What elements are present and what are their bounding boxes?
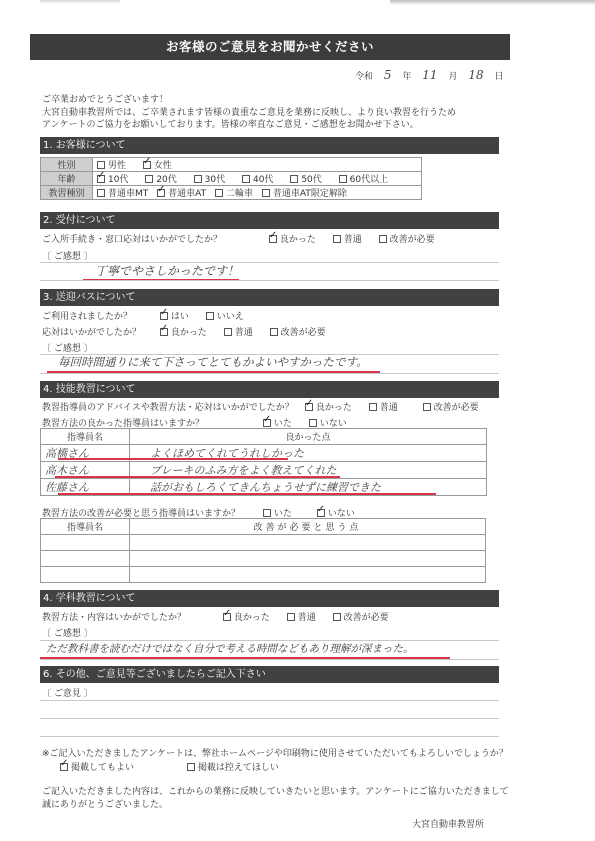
practical-option[interactable]: 改善が必要	[423, 400, 479, 413]
intro-line: アンケートのご協力をお願いしております。皆様の率直なご意見・ご感想をお聞かせ下さ…	[42, 119, 456, 132]
section-6-header: 6. その他、ご意見等ございましたらご記入下さい	[40, 666, 499, 683]
bus-service-option[interactable]: 良かった	[160, 325, 207, 338]
age-option[interactable]: 60代以上	[339, 172, 388, 185]
age-option[interactable]: 50代	[290, 172, 321, 185]
date-era: 令和	[355, 69, 373, 82]
age-option[interactable]: 10代	[97, 172, 128, 185]
checkbox-icon[interactable]	[242, 175, 250, 183]
checkbox-checked-icon[interactable]	[305, 403, 313, 411]
comment-line[interactable]	[40, 736, 499, 737]
checkbox-icon[interactable]	[145, 175, 153, 183]
date-year[interactable]: 5	[384, 68, 392, 82]
practical-question-row: 教習指導員のアドバイスや教習方法・応対はいかがでしたか？ 良かった 普通 改善が…	[42, 400, 493, 413]
reception-comment[interactable]: 丁寧でやさしかったです！	[95, 262, 239, 279]
checkbox-checked-icon[interactable]	[143, 161, 151, 169]
checkbox-icon[interactable]	[97, 161, 105, 169]
course-row: 教習種別 普通車MT 普通車AT 二輪車 普通車AT限定解除	[41, 186, 422, 200]
checkbox-checked-icon[interactable]	[97, 175, 105, 183]
bus-use-question-row: ご利用されましたか？ はい いいえ	[42, 309, 258, 322]
reception-option[interactable]: 良かった	[269, 232, 316, 245]
course-option[interactable]: 二輪車	[215, 186, 253, 199]
checkbox-icon[interactable]	[423, 403, 431, 411]
academic-question: 教習方法・内容はいかがでしたか？	[42, 610, 220, 623]
section-5-header: 4. 学科教習について	[40, 590, 499, 607]
checkbox-checked-icon[interactable]	[317, 509, 325, 517]
table-header-row: 指導員名 良かった点	[41, 429, 487, 445]
scan-shadow	[40, 0, 120, 4]
table-row	[41, 567, 486, 583]
checkbox-icon[interactable]	[215, 189, 223, 197]
date-line: 令和 5 年 11 月 18 日	[355, 68, 504, 82]
checkbox-icon[interactable]	[287, 613, 295, 621]
consent-allow-option[interactable]: 掲載してもよい	[60, 760, 134, 773]
comment-line[interactable]	[40, 718, 499, 719]
checkbox-checked-icon[interactable]	[263, 419, 271, 427]
improvement-points-header: 改善が必要と思う点	[130, 519, 486, 535]
comment-label: 〔 ご意見 〕	[42, 686, 93, 699]
checkbox-icon[interactable]	[333, 613, 341, 621]
date-year-unit: 年	[402, 69, 411, 82]
improvement-point[interactable]	[130, 567, 486, 583]
closing-line: 誠にありがとうございました。	[42, 797, 168, 810]
checkbox-checked-icon[interactable]	[160, 312, 168, 320]
academic-question-row: 教習方法・内容はいかがでしたか？ 良かった 普通 改善が必要	[42, 610, 403, 623]
date-day[interactable]: 18	[468, 68, 483, 82]
signature: 大宮自動車教習所	[412, 817, 484, 830]
bus-service-option[interactable]: 普通	[224, 325, 253, 338]
checkbox-icon[interactable]	[97, 189, 105, 197]
bus-use-question: ご利用されましたか？	[42, 309, 157, 322]
checkbox-icon[interactable]	[333, 235, 341, 243]
section-2-header: 2. 受付について	[40, 212, 499, 229]
practical-question: 教習指導員のアドバイスや教習方法・応対はいかがでしたか？	[42, 400, 302, 413]
improvement-point[interactable]	[130, 551, 486, 567]
instructor-name[interactable]	[41, 551, 130, 567]
table-row	[41, 535, 486, 551]
date-day-unit: 日	[495, 69, 504, 82]
gender-label: 性別	[41, 158, 93, 172]
reception-question: ご入所手続き・窓口応対はいかがでしたか？	[42, 232, 266, 245]
section-1-header: 1. お客様について	[40, 137, 499, 154]
age-option[interactable]: 30代	[194, 172, 225, 185]
highlight-underline	[58, 458, 288, 460]
course-option[interactable]: 普通車AT	[157, 186, 206, 199]
improve-instructor-table: 指導員名 改善が必要と思う点	[40, 518, 486, 583]
comment-line[interactable]	[40, 700, 499, 701]
bus-use-option[interactable]: いいえ	[206, 309, 244, 322]
comment-line	[40, 280, 499, 281]
reception-question-row: ご入所手続き・窓口応対はいかがでしたか？ 良かった 普通 改善が必要	[42, 232, 449, 245]
checkbox-icon[interactable]	[224, 328, 232, 336]
checkbox-checked-icon[interactable]	[269, 235, 277, 243]
bus-service-question: 応対はいかがでしたか？	[42, 325, 157, 338]
table-row	[41, 551, 486, 567]
checkbox-icon[interactable]	[263, 509, 271, 517]
consent-question: ※ご記入いただきましたアンケートは、弊社ホームページや印刷物に使用させていただい…	[42, 746, 508, 759]
bus-service-question-row: 応対はいかがでしたか？ 良かった 普通 改善が必要	[42, 325, 340, 338]
checkbox-icon[interactable]	[290, 175, 298, 183]
checkbox-icon[interactable]	[187, 763, 195, 771]
practical-option[interactable]: 普通	[369, 400, 398, 413]
age-row: 年齢 10代 20代 30代 40代 50代 60代以上	[41, 172, 422, 186]
intro-line: ご卒業おめでとうございます！	[42, 94, 456, 107]
gender-female-option[interactable]: 女性	[143, 158, 172, 171]
bus-service-option[interactable]: 改善が必要	[270, 325, 326, 338]
consent-options: 掲載してもよい 掲載は控えてほしい	[60, 760, 293, 773]
intro-line: 大宮自動車教習所では、ご卒業されます皆様の貴重なご意見を業務に反映し、より良い教…	[42, 107, 456, 120]
bus-use-option[interactable]: はい	[160, 309, 189, 322]
comment-line	[40, 373, 499, 374]
checkbox-icon[interactable]	[379, 235, 387, 243]
checkbox-icon[interactable]	[309, 419, 317, 427]
comment-label: 〔 ご感想 〕	[42, 341, 93, 354]
good-points-header: 良かった点	[130, 429, 487, 445]
comment-label: 〔 ご感想 〕	[42, 249, 93, 262]
date-month[interactable]: 11	[422, 68, 437, 82]
checkbox-icon[interactable]	[194, 175, 202, 183]
course-option[interactable]: 普通車MT	[97, 186, 148, 199]
checkbox-checked-icon[interactable]	[160, 328, 168, 336]
reception-option[interactable]: 普通	[333, 232, 362, 245]
checkbox-checked-icon[interactable]	[157, 189, 165, 197]
instructor-name-header: 指導員名	[41, 519, 130, 535]
scan-shadow	[390, 0, 595, 5]
academic-comment[interactable]: ただ教科書を読むだけではなく自分で考える時間などもあり理解が深まった。	[46, 641, 414, 656]
comment-line	[40, 659, 499, 660]
course-label: 教習種別	[41, 186, 93, 200]
practical-option[interactable]: 良かった	[305, 400, 352, 413]
intro-text: ご卒業おめでとうございます！ 大宮自動車教習所では、ご卒業されます皆様の貴重なご…	[42, 94, 456, 132]
closing-line: ご記入いただきました内容は、これからの業務に反映していきたいと思います。アンケー…	[42, 784, 509, 797]
consent-decline-option[interactable]: 掲載は控えてほしい	[187, 760, 279, 773]
academic-option[interactable]: 改善が必要	[333, 610, 389, 623]
checkbox-icon[interactable]	[369, 403, 377, 411]
table-header-row: 指導員名 改善が必要と思う点	[41, 519, 486, 535]
age-label: 年齢	[41, 172, 93, 186]
section-4-header: 4. 技能教習について	[40, 381, 499, 398]
academic-option[interactable]: 普通	[287, 610, 316, 623]
checkbox-icon[interactable]	[262, 189, 270, 197]
improvement-point[interactable]	[130, 535, 486, 551]
highlight-underline	[55, 476, 340, 478]
checkbox-icon[interactable]	[206, 312, 214, 320]
date-month-unit: 月	[448, 69, 457, 82]
good-instructor-table: 指導員名 良かった点 高橋さん よくほめてくれてうれしかった 高木さん ブレーキ…	[40, 428, 487, 496]
academic-option[interactable]: 良かった	[223, 610, 270, 623]
instructor-name[interactable]	[41, 535, 130, 551]
form-title: お客様のご意見をお聞かせください	[30, 34, 510, 60]
instructor-name-header: 指導員名	[41, 429, 130, 445]
bus-comment[interactable]: 毎回時間通りに来て下さってとてもかよいやすかったです。	[58, 354, 368, 370]
checkbox-icon[interactable]	[339, 175, 347, 183]
course-option[interactable]: 普通車AT限定解除	[262, 186, 347, 199]
reception-option[interactable]: 改善が必要	[379, 232, 435, 245]
checkbox-icon[interactable]	[270, 328, 278, 336]
checkbox-checked-icon[interactable]	[60, 763, 68, 771]
age-option[interactable]: 40代	[242, 172, 273, 185]
checkbox-checked-icon[interactable]	[223, 613, 231, 621]
highlight-underline	[58, 493, 436, 495]
instructor-name[interactable]	[41, 567, 130, 583]
section-3-header: 3. 送迎バスについて	[40, 289, 499, 306]
comment-label: 〔 ご感想 〕	[42, 626, 93, 639]
customer-info-table: 性別 男性 女性 年齢 10代 20代 30代 40代 50代 60代以上 教習…	[40, 157, 422, 200]
